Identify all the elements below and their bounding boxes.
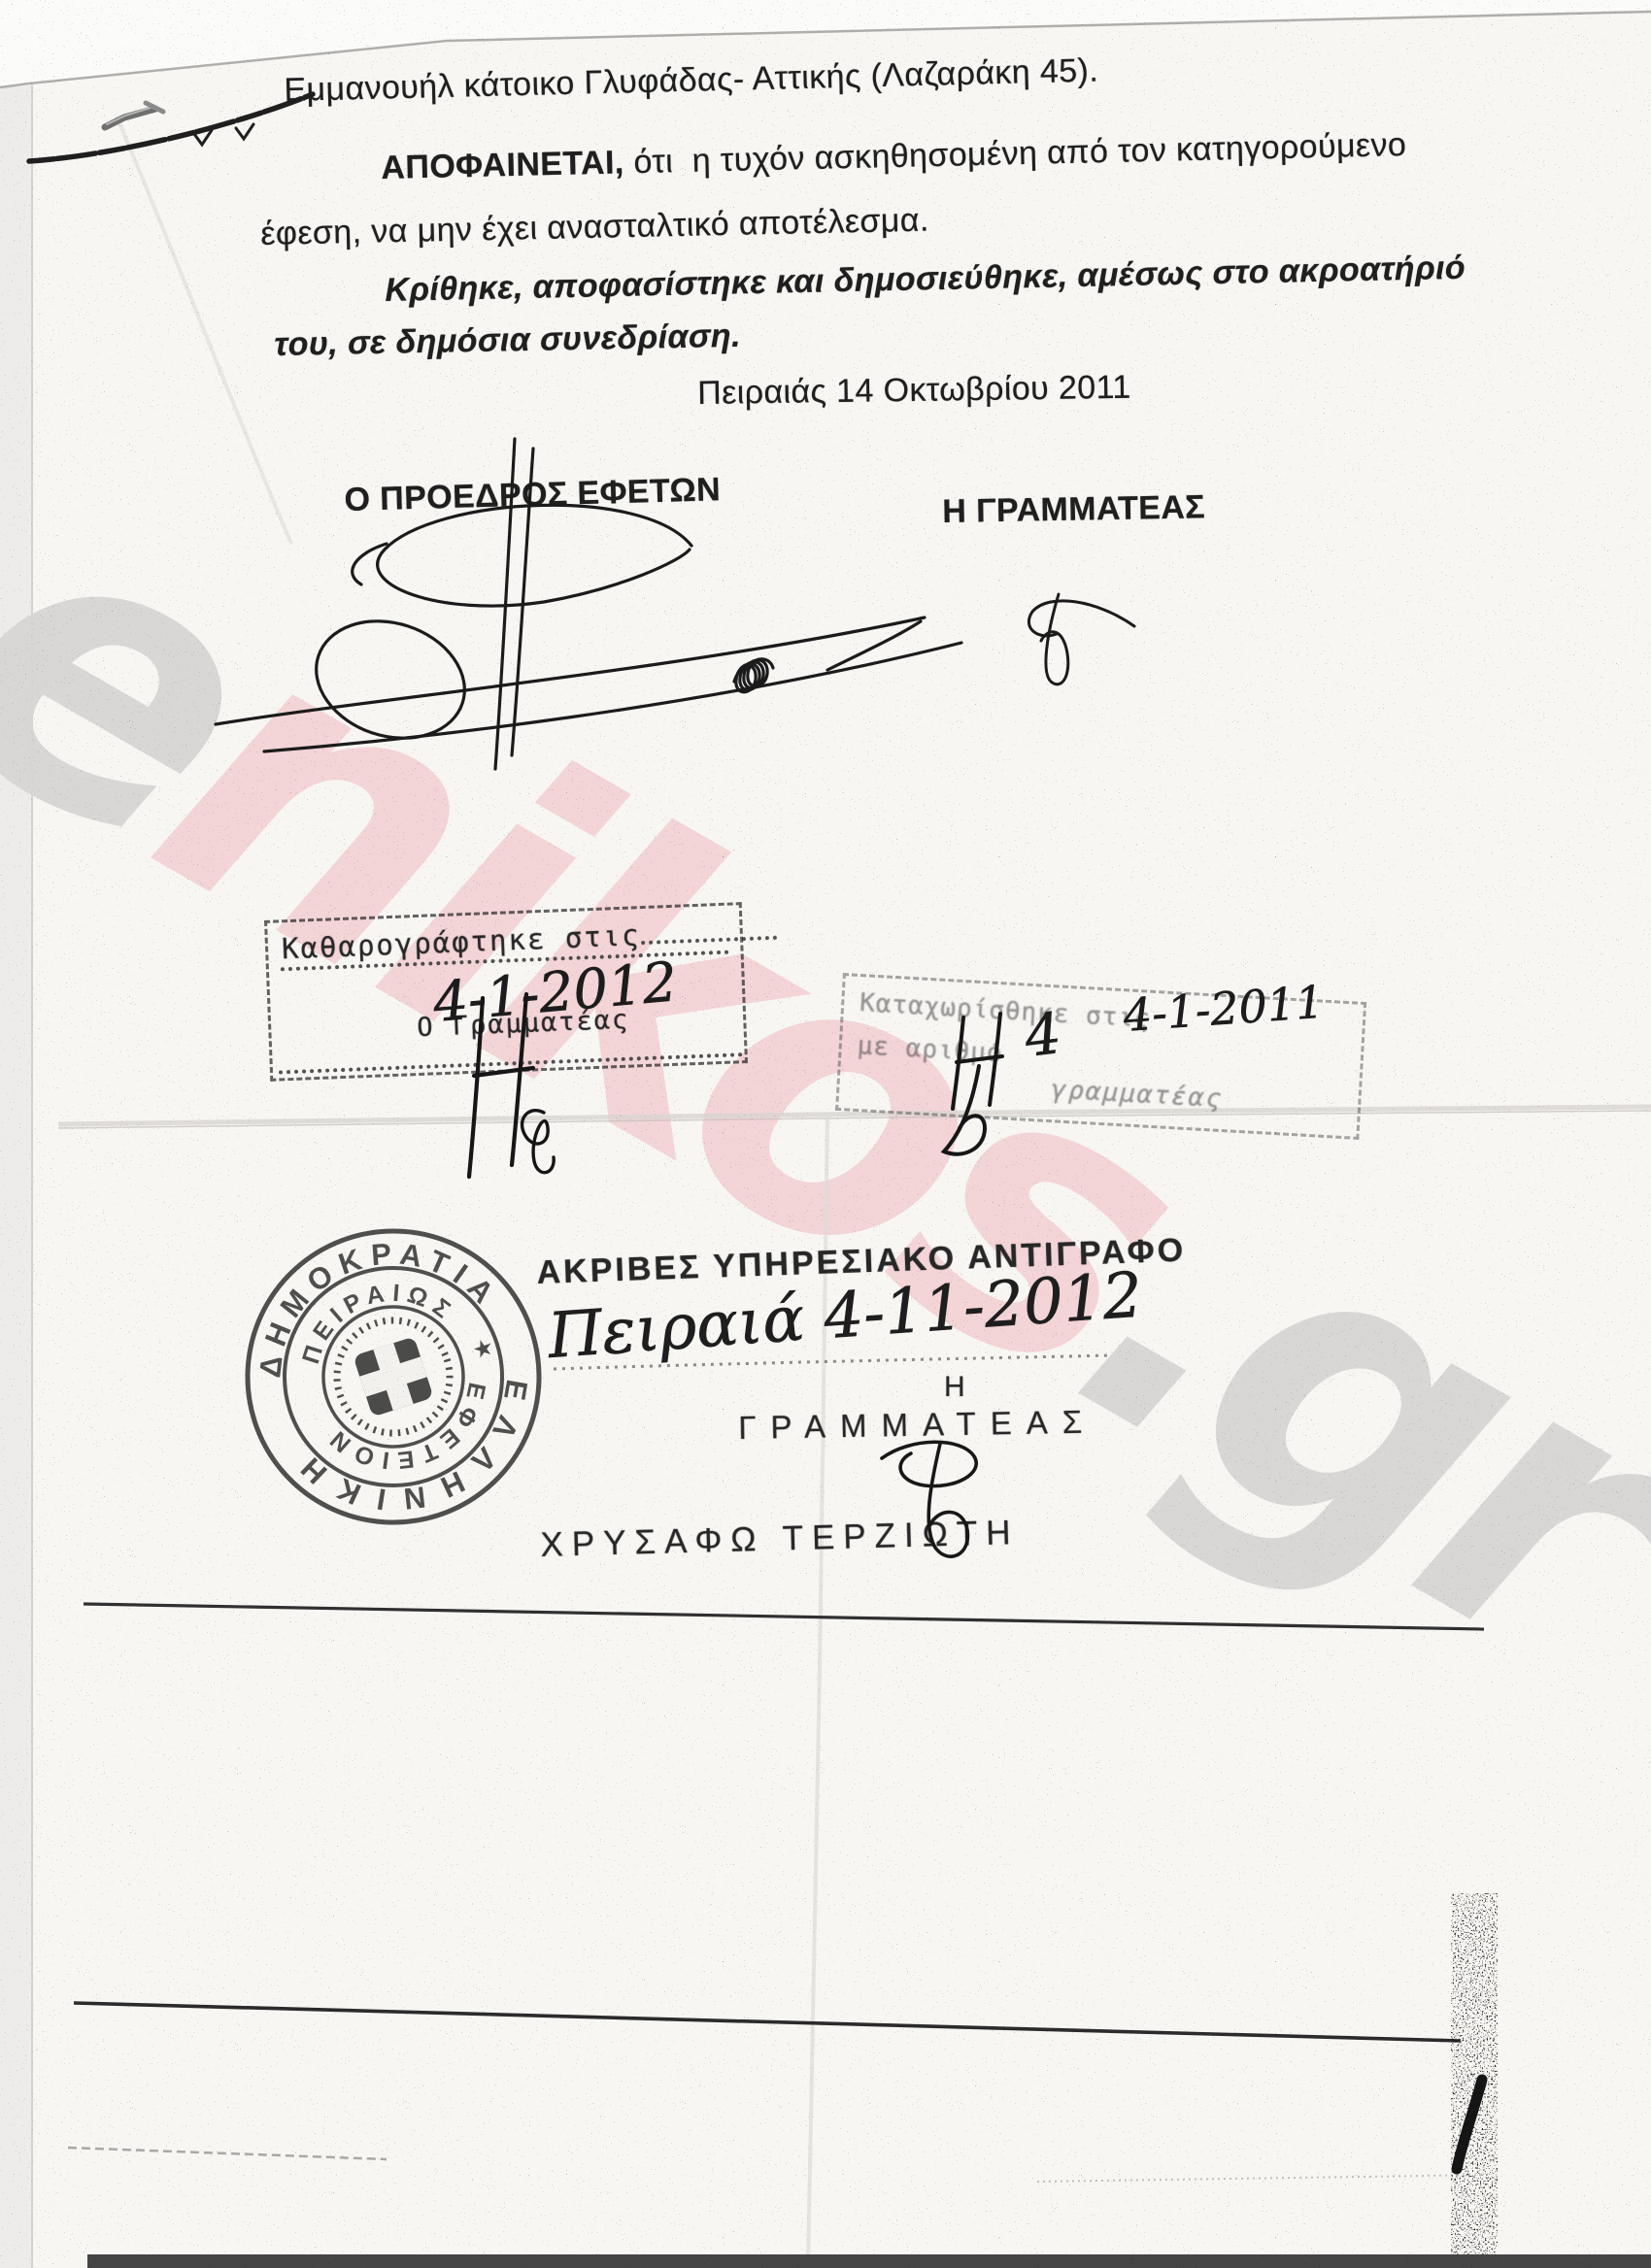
body-line-decision: ΑΠΟΦΑΙΝΕΤΑΙ, ότι η τυχόν ασκηθησομένη απ… — [381, 126, 1407, 187]
body-line-efesi: έφεση, να μην έχει ανασταλτικό αποτέλεσμ… — [260, 202, 929, 253]
body-line-synedriasi: του, σε δημόσια συνεδρίαση. — [274, 317, 741, 364]
clean-copy-stamp: Καθαρογράφτηκε στις Ο Γραμματέας — [264, 902, 748, 1082]
place-date-line: Πειραιάς 14 Οκτωβρίου 2011 — [697, 369, 1131, 413]
register-stamp-label: Καταχωρίσθηκε στις — [859, 988, 1151, 1034]
scanned-court-document: enikos.gr Εμμανουήλ κάτοικο Γλυφάδας- Ατ… — [0, 0, 1651, 2268]
certification-secretary-title: ΓΡΑΜΜΑΤΕΑΣ — [738, 1404, 1096, 1447]
certification-article: Η — [944, 1371, 965, 1404]
decision-rest: ότι η τυχόν ασκηθησομένη από τον κατηγορ… — [623, 126, 1406, 181]
clean-copy-stamp-signer: Ο Γραμματέας — [417, 1005, 630, 1043]
body-line-krithike: Κρίθηκε, αποφασίστηκε και δημοσιεύθηκε, … — [385, 250, 1466, 310]
register-stamp-signer: γραμματέας — [1051, 1075, 1224, 1114]
secretary-title-top: Η ΓΡΑΜΜΑΤΕΑΣ — [942, 488, 1205, 531]
body-line-continuation: Εμμανουήλ κάτοικο Γλυφάδας- Αττικής (Λαζ… — [284, 52, 1099, 110]
president-title: Ο ΠΡΟΕΔΡΟΣ ΕΦΕΤΩΝ — [344, 471, 722, 519]
register-stamp-number-label: με αριθμό — [857, 1031, 1003, 1068]
certification-secretary-name: ΧΡΥΣΑΦΩ ΤΕΡΖΙΩΤΗ — [540, 1514, 1020, 1565]
text-layer: Εμμανουήλ κάτοικο Γλυφάδας- Αττικής (Λαζ… — [0, 0, 1651, 2268]
register-stamp: Καταχωρίσθηκε στις με αριθμό γραμματέας — [835, 973, 1366, 1140]
certified-copy-title: ΑΚΡΙΒΕΣ ΥΠΗΡΕΣΙΑΚΟ ΑΝΤΙΓΡΑΦΟ — [536, 1232, 1187, 1292]
decision-word: ΑΠΟΦΑΙΝΕΤΑΙ, — [381, 144, 624, 186]
dotted-leader — [641, 936, 777, 945]
dotted-leader-line — [279, 1052, 743, 1074]
